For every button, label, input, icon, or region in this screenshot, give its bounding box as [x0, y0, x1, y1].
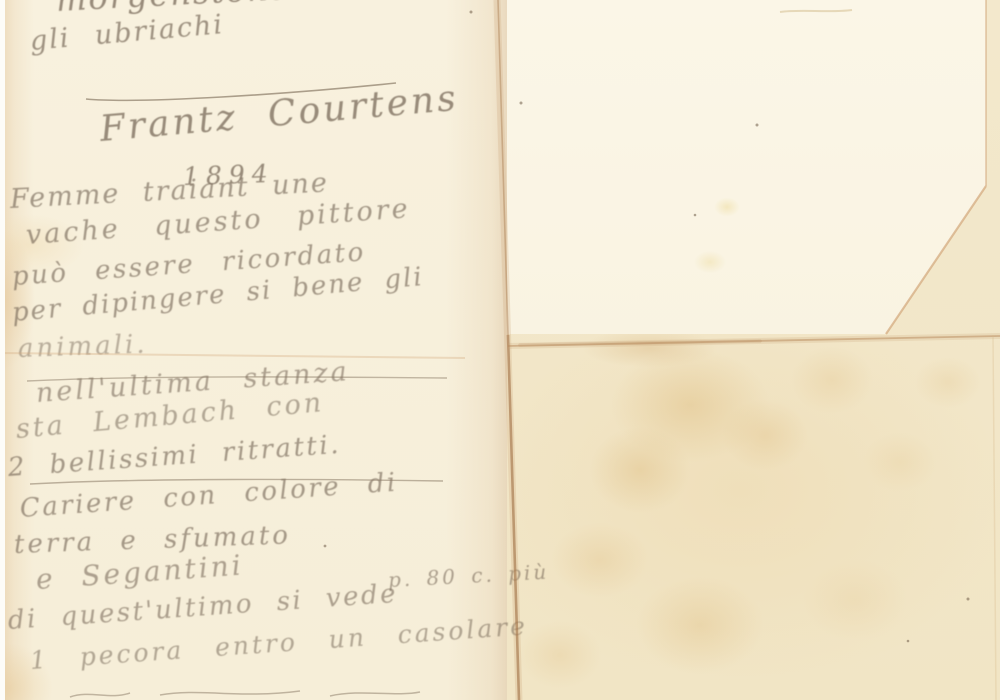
scanner-edge-strip: [0, 0, 5, 700]
handwritten-line: p. 80 c. più: [387, 562, 549, 590]
handwritten-line: Frantz Courtens: [98, 81, 460, 148]
handwritten-line: terra e sfumato: [14, 522, 292, 558]
handwriting-layer: morgenstond gli ubriachi Frantz Courtens…: [0, 0, 1000, 700]
scanned-handwritten-letter: morgenstond gli ubriachi Frantz Courtens…: [0, 0, 1000, 700]
handwritten-line: animali.: [18, 331, 148, 362]
